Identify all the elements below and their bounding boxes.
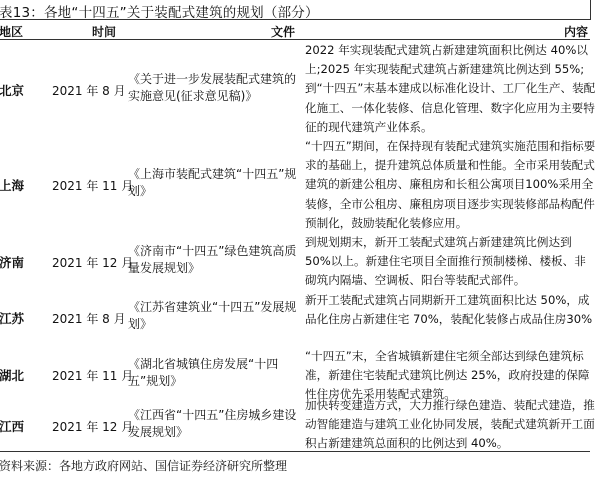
cell-document: 《上海市装配式建筑“十四五”规划》 — [128, 166, 300, 200]
cell-region: 济南 — [0, 253, 24, 271]
header-time: 时间 — [92, 23, 116, 40]
cell-region: 江西 — [0, 417, 24, 435]
table-title: 表13：各地“十四五”关于装配式建筑的规划（部分） — [0, 1, 319, 21]
cell-time: 2021 年 8 月 — [52, 82, 126, 99]
cell-time: 2021 年 11 月 — [52, 367, 133, 384]
cell-document: 《江苏省建筑业“十四五”发展规划》 — [128, 299, 300, 333]
cell-document: 《湖北省城镇住房发展“十四五”规划》 — [128, 356, 300, 390]
cell-document: 《江西省“十四五”住房城乡建设发展规划》 — [128, 407, 300, 441]
header-content: 内容 — [564, 23, 588, 40]
cell-document: 《济南市“十四五”绿色建筑高质量发展规划》 — [128, 243, 300, 277]
cell-content: 到规划期末，新开工装配式建筑占新建建筑比例达到50%以上。新建住宅项目全面推行预… — [305, 233, 597, 291]
cell-time: 2021 年 11 月 — [52, 177, 133, 194]
cell-region: 江苏 — [0, 309, 24, 327]
cell-content: 2022 年实现装配式建筑占新建建筑面积比例达 40%以上;2025 年实现装配… — [305, 41, 597, 137]
table-bottom-rule — [0, 451, 590, 452]
cell-time: 2021 年 8 月 — [52, 310, 126, 327]
cell-document: 《关于进一步发展装配式建筑的实施意见(征求意见稿)》 — [128, 71, 300, 105]
cell-region: 湖北 — [0, 366, 24, 384]
header-region: 地区 — [0, 23, 23, 40]
cell-content: “十四五”期间，在保持现有装配式建筑实施范围和指标要求的基础上，提升建筑总体质量… — [305, 137, 597, 233]
table-header: 地区 时间 文件 内容 — [0, 20, 590, 40]
cell-time: 2021 年 12 月 — [52, 418, 133, 435]
cell-region: 上海 — [0, 176, 24, 194]
header-document: 文件 — [271, 23, 295, 40]
cell-content: 加快转变建造方式，大力推行绿色建造、装配式建造，推动智能建造与建筑工业化协同发展… — [305, 396, 597, 454]
cell-region: 北京 — [0, 81, 24, 99]
cell-time: 2021 年 12 月 — [52, 254, 133, 271]
cell-content: 新开工装配式建筑占同期新开工建筑面积比达 50%，成品化住房占新建住宅 70%，… — [305, 291, 597, 329]
table-title-bar: 表13：各地“十四五”关于装配式建筑的规划（部分） — [0, 0, 591, 20]
source-note: 资料来源：各地方政府网站、国信证券经济研究所整理 — [0, 457, 287, 474]
